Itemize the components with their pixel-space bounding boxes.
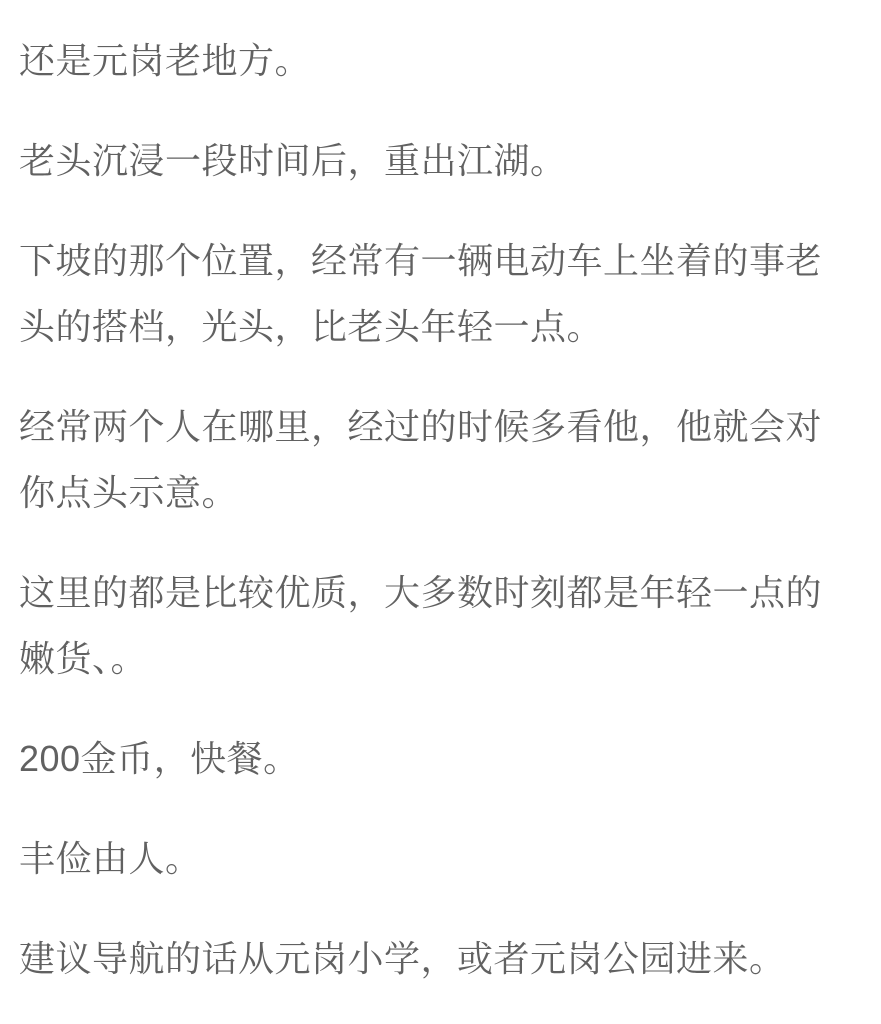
text-line: 丰俭由人。: [19, 826, 829, 892]
text-line: 经常两个人在哪里，经过的时候多看他，他就会对: [19, 394, 829, 460]
text-line: 嫩货、。: [19, 626, 829, 692]
text-line: 建议导航的话从元岗小学，或者元岗公园进来。: [19, 926, 829, 992]
paragraph: 老头沉浸一段时间后，重出江湖。: [19, 128, 829, 194]
text-line: 200金币，快餐。: [19, 726, 829, 792]
text-line: 头的搭档，光头，比老头年轻一点。: [19, 294, 829, 360]
text-line: 还是元岗老地方。: [19, 28, 829, 94]
text-line: 你点头示意。: [19, 460, 829, 526]
text-line: 老头沉浸一段时间后，重出江湖。: [19, 128, 829, 194]
paragraph: 还是元岗老地方。: [19, 28, 829, 94]
paragraph: 下坡的那个位置，经常有一辆电动车上坐着的事老 头的搭档，光头，比老头年轻一点。: [19, 228, 829, 360]
text-line: 下坡的那个位置，经常有一辆电动车上坐着的事老: [19, 228, 829, 294]
paragraph: 丰俭由人。: [19, 826, 829, 892]
paragraph: 建议导航的话从元岗小学，或者元岗公园进来。: [19, 926, 829, 992]
paragraph: 这里的都是比较优质，大多数时刻都是年轻一点的 嫩货、。: [19, 560, 829, 692]
paragraph: 经常两个人在哪里，经过的时候多看他，他就会对 你点头示意。: [19, 394, 829, 526]
text-document: 还是元岗老地方。 老头沉浸一段时间后，重出江湖。 下坡的那个位置，经常有一辆电动…: [0, 0, 881, 992]
paragraph: 200金币，快餐。: [19, 726, 829, 792]
text-line: 这里的都是比较优质，大多数时刻都是年轻一点的: [19, 560, 829, 626]
